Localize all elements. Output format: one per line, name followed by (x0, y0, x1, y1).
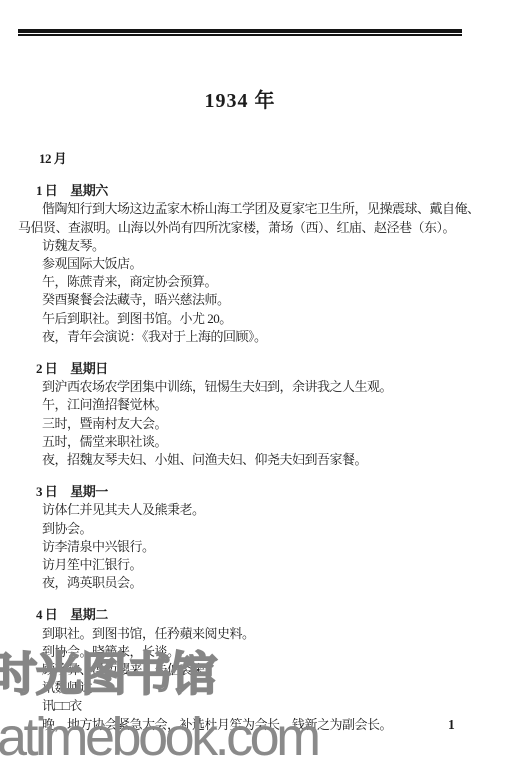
diary-line: 访李清泉中兴银行。 (31, 538, 491, 556)
diary-line: 癸酉聚餐会法藏寺，晤兴慈法师。 (31, 291, 491, 309)
diary-line: 三时，暨南村友大会。 (31, 415, 491, 433)
diary-entry: 3 日星期一 访体仁并见其夫人及熊秉老。 到协会。 访李清泉中兴银行。 访月笙中… (31, 483, 491, 592)
diary-line: 夜，鸿英职员会。 (31, 574, 491, 592)
watermark-cn-text: 时光图书馆 (0, 652, 216, 698)
entry-heading: 2 日星期日 (31, 360, 491, 378)
rule-thick-line (18, 29, 462, 33)
entry-weekday: 星期日 (70, 361, 108, 376)
diary-line: 到职社。到图书馆，任矜蘋来阅史料。 (31, 625, 491, 643)
diary-line: 夜，青年会演说：《我对于上海的回顾》。 (31, 328, 491, 346)
entry-heading: 1 日星期六 (31, 182, 491, 200)
diary-line: 五时，儒堂来职社谈。 (31, 433, 491, 451)
diary-line: 到协会。 (31, 520, 491, 538)
diary-entry: 2 日星期日 到沪西农场农学团集中训练，钮惕生夫妇到，余讲我之人生观。 午，江问… (31, 360, 491, 469)
rule-thin-line (18, 34, 462, 36)
diary-line: 参观国际大饭店。 (31, 255, 491, 273)
diary-line: 访体仁并见其夫人及熊秉老。 (31, 501, 491, 519)
diary-entry: 1 日星期六 偕陶知行到大场这边孟家木桥山海工学团及夏家宅卫生所，见操震球、戴自… (31, 182, 491, 346)
entry-weekday: 星期六 (70, 183, 108, 198)
diary-line: 访魏友琴。 (31, 237, 491, 255)
diary-line: 马侣贤、查淑明。山海以外尚有四所沈家楼，萧场（西）、红庙、赵泾巷（东）。 (18, 219, 491, 237)
month-heading: 12 月 (31, 150, 491, 168)
entry-weekday: 星期一 (70, 484, 108, 499)
entry-day: 3 日 (36, 484, 57, 499)
page-number: 1 (448, 717, 455, 733)
diary-content: 12 月 1 日星期六 偕陶知行到大场这边孟家木桥山海工学团及夏家宅卫生所，见操… (31, 150, 491, 734)
diary-line: 午后到职社。到图书馆。小尤 20。 (31, 310, 491, 328)
scanned-diary-page: 1934 年 12 月 1 日星期六 偕陶知行到大场这边孟家木桥山海工学团及夏家… (0, 0, 513, 768)
top-double-rule (18, 29, 462, 36)
entry-weekday: 星期二 (70, 607, 108, 622)
entry-heading: 3 日星期一 (31, 483, 491, 501)
diary-line: 到沪西农场农学团集中训练，钮惕生夫妇到，余讲我之人生观。 (31, 378, 491, 396)
watermark-domain-text: atimebook.com (0, 710, 318, 764)
entry-day: 4 日 (36, 607, 57, 622)
diary-line: 午，江问渔招餐觉林。 (31, 396, 491, 414)
entry-day: 1 日 (36, 183, 57, 198)
diary-line: 夜，招魏友琴夫妇、小姐、问渔夫妇、仰尧夫妇到吾家餐。 (31, 451, 491, 469)
entry-heading: 4 日星期二 (31, 606, 491, 624)
year-title: 1934 年 (0, 84, 480, 113)
entry-day: 2 日 (36, 361, 57, 376)
diary-line: 偕陶知行到大场这边孟家木桥山海工学团及夏家宅卫生所，见操震球、戴自俺、 (31, 200, 491, 218)
diary-line: 午，陈蔗青来，商定协会预算。 (31, 273, 491, 291)
diary-line: 访月笙中汇银行。 (31, 556, 491, 574)
